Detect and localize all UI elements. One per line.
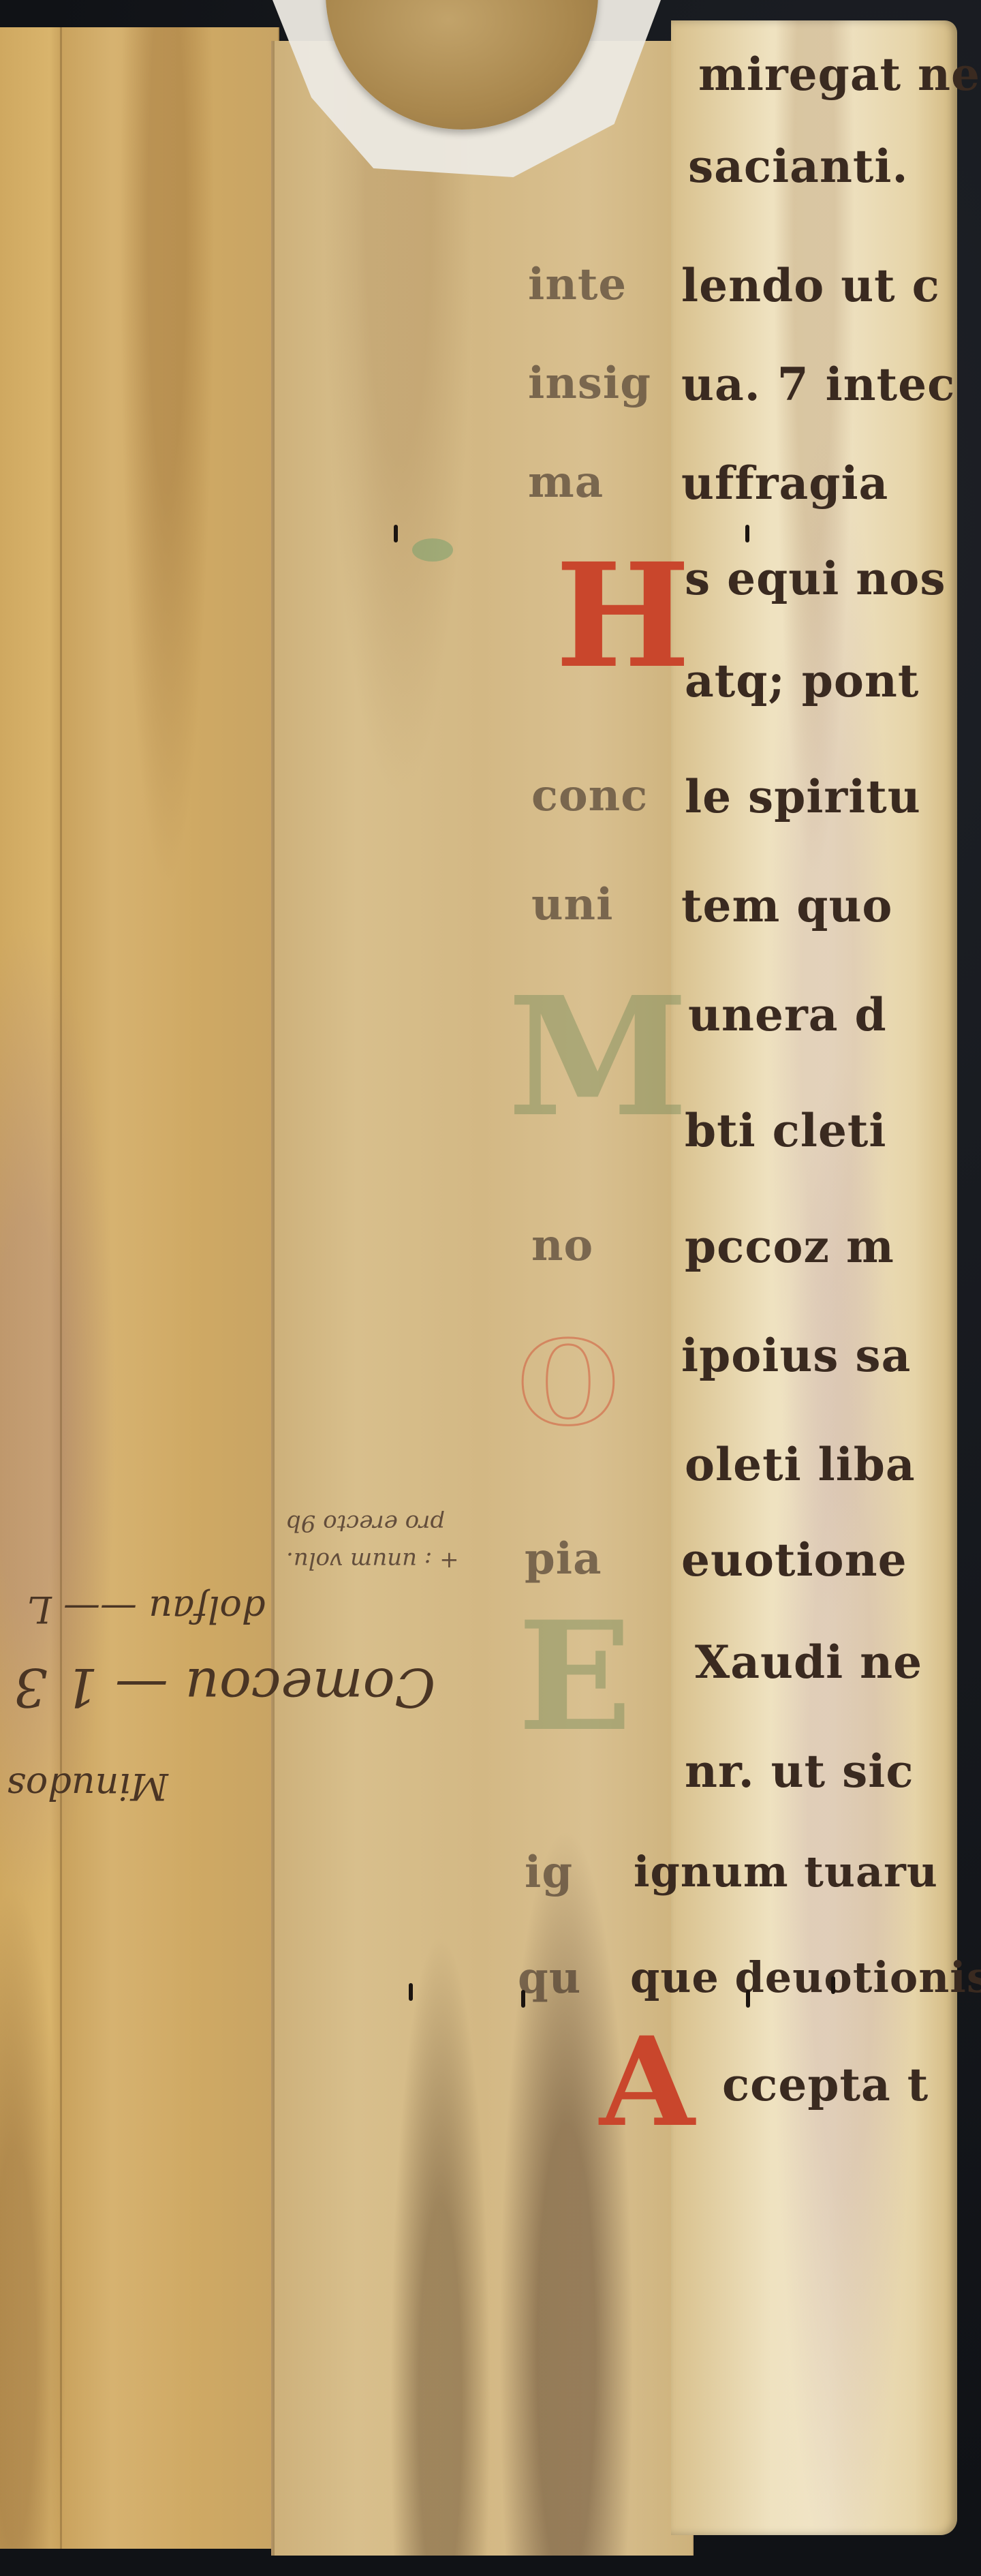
green-initial-e: E xyxy=(518,1588,632,1764)
annotation-line: Minudos xyxy=(7,1765,168,1808)
ms-line: le spiritu xyxy=(685,770,921,823)
faded-initial-o: O xyxy=(518,1315,619,1452)
ms-line: oleti liba xyxy=(685,1438,916,1491)
red-initial-h: H xyxy=(555,532,690,700)
ms-line: ipoius sa xyxy=(681,1329,911,1382)
fold-crease xyxy=(60,27,62,2549)
annotation-line: dolfau —— L xyxy=(27,1588,266,1631)
ms-line: miregat ne xyxy=(698,48,980,101)
ms-line: sacianti. xyxy=(688,140,908,193)
ms-line: unera d xyxy=(688,988,887,1041)
ms-line: inte xyxy=(528,259,627,310)
fold-crease xyxy=(272,41,275,2556)
ms-line: Xaudi ne xyxy=(695,1636,922,1689)
ms-line: bti cleti xyxy=(685,1104,887,1157)
stitch-hole xyxy=(745,525,749,542)
ms-line: pia xyxy=(525,1533,602,1584)
annotation-line: Comecou — 1 3 xyxy=(14,1656,435,1717)
ms-line: ccepta t xyxy=(722,2058,929,2111)
ms-line: ma xyxy=(528,457,604,508)
stitch-hole xyxy=(521,1990,525,2008)
ms-line: insig xyxy=(528,358,651,409)
ms-line: ignum tuaru xyxy=(634,1847,938,1897)
annotation-line: pro erecto 9b xyxy=(286,1509,445,1537)
ms-line: qu xyxy=(518,1952,581,2004)
ms-line: tem quo xyxy=(681,879,892,932)
middle-parchment-strip xyxy=(271,41,694,2556)
ms-line: pccoz m xyxy=(685,1220,894,1273)
ms-line: euotione xyxy=(681,1533,907,1586)
stitch-hole xyxy=(746,1990,750,2008)
red-initial-a: A xyxy=(599,2010,695,2154)
ms-line: ig xyxy=(525,1847,573,1898)
stitch-hole xyxy=(409,1983,413,2001)
ms-line: uni xyxy=(531,879,613,930)
ms-line: uffragia xyxy=(681,457,888,510)
stitch-hole xyxy=(831,1976,835,1994)
ms-line: s equi nos xyxy=(685,552,946,605)
ms-line: nr. ut sic xyxy=(685,1745,914,1798)
ms-line: atq; pont xyxy=(685,654,919,707)
ms-line: ua. 7 intec xyxy=(681,358,955,411)
ms-line: no xyxy=(531,1220,593,1271)
annotation-line: + : unum volu. xyxy=(286,1547,459,1574)
green-initial-m: M xyxy=(508,961,689,1153)
ms-line: que deuotionis xyxy=(630,1952,981,2002)
left-parchment-strip xyxy=(0,27,279,2549)
stitch-hole xyxy=(394,525,398,542)
ms-line: conc xyxy=(531,770,648,821)
ms-line: lendo ut c xyxy=(681,259,940,312)
green-pigment-spot xyxy=(412,538,453,562)
